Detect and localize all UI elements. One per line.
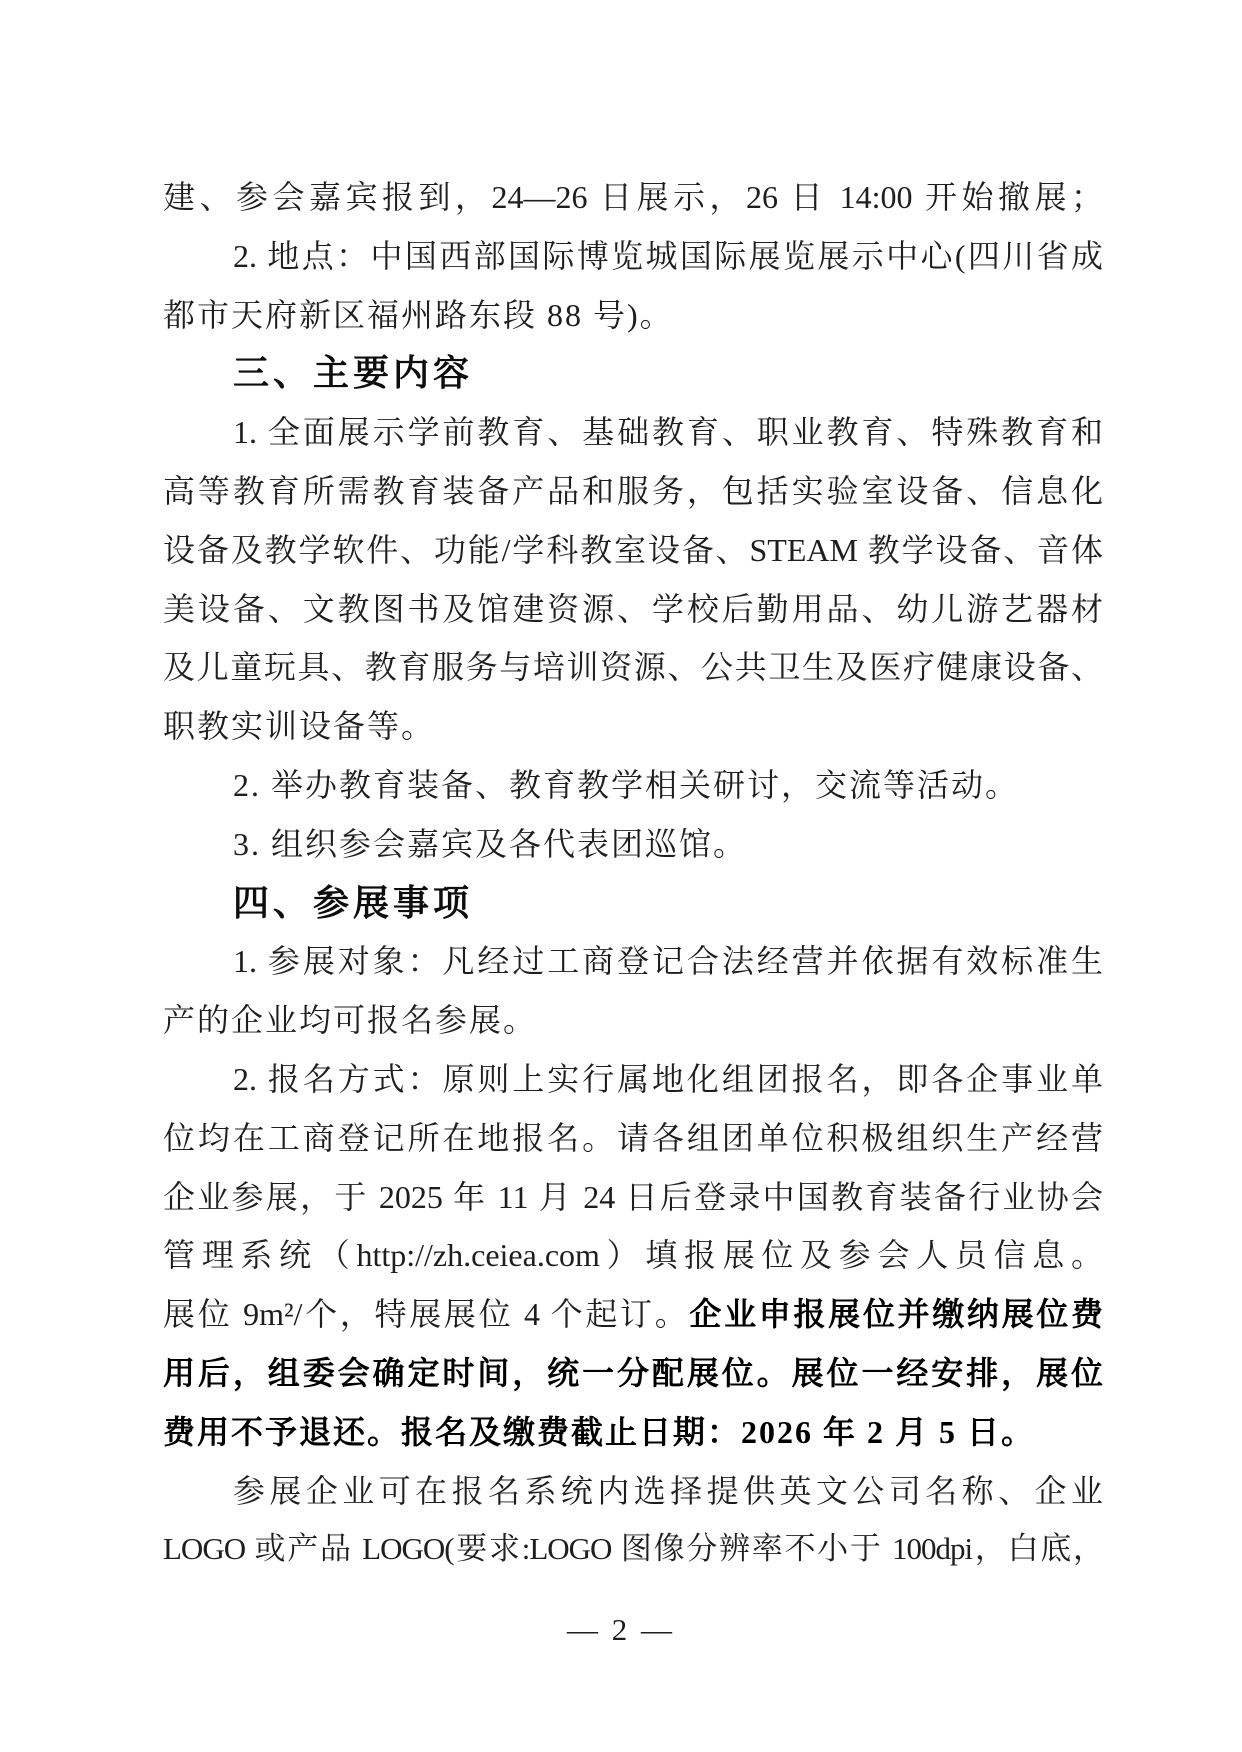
scanned-document-page: 建、参会嘉宾报到，24—26 日展示，26 日 14:00 开始撤展； 2. 地…	[0, 0, 1242, 1752]
heading-section-4-exhibition-matters: 四、参展事项	[163, 874, 1103, 933]
line-exhibitor-eligibility-1: 1. 参展对象：凡经过工商登记合法经营并依据有效标准生	[163, 932, 1103, 991]
line-registration-method-3: 企业参展，于 2025 年 11 月 24 日后登录中国教育装备行业协会	[163, 1168, 1103, 1227]
line-exhibit-scope-1: 1. 全面展示学前教育、基础教育、职业教育、特殊教育和	[163, 403, 1103, 462]
line-registration-method-2: 位均在工商登记所在地报名。请各组团单位积极组织生产经营	[163, 1109, 1103, 1168]
line-venue-start: 2. 地点：中国西部国际博览城国际展览展示中心(四川省成	[163, 227, 1103, 286]
line-registration-system-url: 管理系统（http://zh.ceiea.com）填报展位及参会人员信息。	[163, 1226, 1103, 1285]
heading-section-3-main-content: 三、主要内容	[163, 344, 1103, 403]
line-exhibit-scope-6: 职教实训设备等。	[163, 697, 1103, 756]
line-schedule-continuation: 建、参会嘉宾报到，24—26 日展示，26 日 14:00 开始撤展；	[163, 168, 1103, 227]
booth-size-text: 展位 9m²/个，特展展位 4 个起订。	[163, 1296, 689, 1332]
line-exhibit-scope-5: 及儿童玩具、教育服务与培训资源、公共卫生及医疗健康设备、	[163, 638, 1103, 697]
document-body: 建、参会嘉宾报到，24—26 日展示，26 日 14:00 开始撤展； 2. 地…	[163, 168, 1103, 1579]
line-logo-info-2: LOGO 或产品 LOGO(要求:LOGO 图像分辨率不小于 100dpi，白底…	[163, 1520, 1103, 1579]
line-venue-end: 都市天府新区福州路东段 88 号)。	[163, 286, 1103, 345]
line-exhibit-scope-2: 高等教育所需教育装备产品和服务，包括实验室设备、信息化	[163, 462, 1103, 521]
line-deadline-bold: 费用不予退还。报名及缴费截止日期：2026 年 2 月 5 日。	[163, 1403, 1103, 1462]
line-booth-size-and-fee: 展位 9m²/个，特展展位 4 个起订。企业申报展位并缴纳展位费	[163, 1285, 1103, 1344]
line-booth-allocation-bold: 用后，组委会确定时间，统一分配展位。展位一经安排，展位	[163, 1344, 1103, 1403]
line-logo-info-1: 参展企业可在报名系统内选择提供英文公司名称、企业	[163, 1462, 1103, 1521]
line-activities: 2. 举办教育装备、教育教学相关研讨，交流等活动。	[163, 756, 1103, 815]
line-delegation-tours: 3. 组织参会嘉宾及各代表团巡馆。	[163, 815, 1103, 874]
line-exhibit-scope-4: 美设备、文教图书及馆建资源、学校后勤用品、幼儿游艺器材	[163, 580, 1103, 639]
line-exhibit-scope-3: 设备及教学软件、功能/学科教室设备、STEAM 教学设备、音体	[163, 521, 1103, 580]
line-registration-method-1: 2. 报名方式：原则上实行属地化组团报名，即各企事业单	[163, 1050, 1103, 1109]
page-number: — 2 —	[0, 1612, 1242, 1648]
line-exhibitor-eligibility-2: 产的企业均可报名参展。	[163, 991, 1103, 1050]
booth-fee-bold-text: 企业申报展位并缴纳展位费	[689, 1296, 1103, 1332]
